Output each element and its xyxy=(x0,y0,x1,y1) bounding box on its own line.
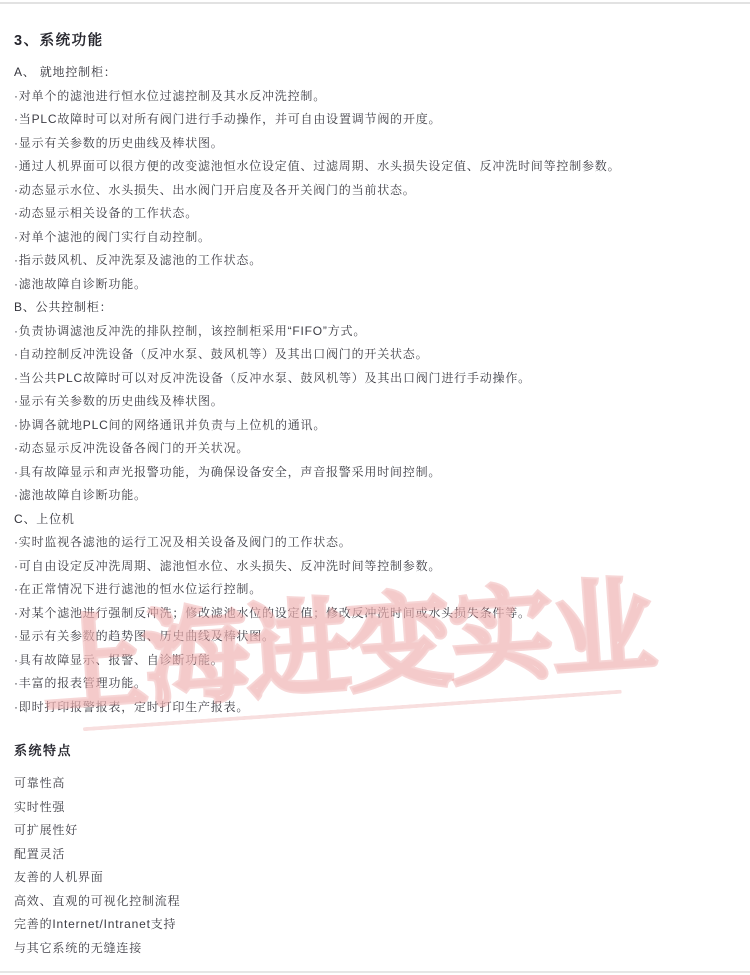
section-b-heading: B、公共控制柜： xyxy=(14,296,740,320)
section-a-heading: A、 就地控制柜： xyxy=(14,61,740,85)
feature-item-8: 与其它系统的无缝连接 xyxy=(14,937,740,961)
feature-item-5: 友善的人机界面 xyxy=(14,866,740,890)
bullet-item-a4: ·通过人机界面可以很方便的改变滤池恒水位设定值、过滤周期、水头损失设定值、反冲洗… xyxy=(14,155,740,179)
feature-item-4: 配置灵活 xyxy=(14,843,740,867)
features-heading: 系统特点 xyxy=(14,741,740,761)
bullet-item-a6: ·动态显示相关设备的工作状态。 xyxy=(14,202,740,226)
document-content: 3、系统功能 A、 就地控制柜： ·对单个的滤池进行恒水位过滤控制及其水反冲洗控… xyxy=(14,31,740,960)
bottom-border-line xyxy=(0,971,750,973)
bullet-item-a5: ·动态显示水位、水头损失、出水阀门开启度及各开关阀门的当前状态。 xyxy=(14,179,740,203)
features-list: 可靠性高 实时性强 可扩展性好 配置灵活 友善的人机界面 高效、直观的可视化控制… xyxy=(14,772,740,960)
bullet-item-b7: ·具有故障显示和声光报警功能，为确保设备安全，声音报警采用时间控制。 xyxy=(14,461,740,485)
bullet-item-b8: ·滤池故障自诊断功能。 xyxy=(14,484,740,508)
feature-item-3: 可扩展性好 xyxy=(14,819,740,843)
bullet-item-a9: ·滤池故障自诊断功能。 xyxy=(14,273,740,297)
bullet-item-c2: ·可自由设定反冲洗周期、滤池恒水位、水头损失、反冲洗时间等控制参数。 xyxy=(14,555,740,579)
bullet-item-b3: ·当公共PLC故障时可以对反冲洗设备（反冲水泵、鼓风机等）及其出口阀门进行手动操… xyxy=(14,367,740,391)
bullet-item-c1: ·实时监视各滤池的运行工况及相关设备及阀门的工作状态。 xyxy=(14,531,740,555)
bullet-item-b2: ·自动控制反冲洗设备（反冲水泵、鼓风机等）及其出口阀门的开关状态。 xyxy=(14,343,740,367)
bullet-item-c5: ·显示有关参数的趋势图、历史曲线及棒状图。 xyxy=(14,625,740,649)
bullet-item-c3: ·在正常情况下进行滤池的恒水位运行控制。 xyxy=(14,578,740,602)
top-border-line xyxy=(0,2,750,4)
bullet-item-a3: ·显示有关参数的历史曲线及棒状图。 xyxy=(14,132,740,156)
page-title: 3、系统功能 xyxy=(14,31,740,51)
section-list: A、 就地控制柜： ·对单个的滤池进行恒水位过滤控制及其水反冲洗控制。 ·当PL… xyxy=(14,61,740,719)
bullet-item-b1: ·负责协调滤池反冲洗的排队控制，该控制柜采用“FIFO”方式。 xyxy=(14,320,740,344)
document-page: 3、系统功能 A、 就地控制柜： ·对单个的滤池进行恒水位过滤控制及其水反冲洗控… xyxy=(0,0,750,975)
bullet-item-c8: ·即时打印报警报表，定时打印生产报表。 xyxy=(14,696,740,720)
feature-item-6: 高效、直观的可视化控制流程 xyxy=(14,890,740,914)
bullet-item-c4: ·对某个滤池进行强制反冲洗；修改滤池水位的设定值；修改反冲洗时间或水头损失条件等… xyxy=(14,602,740,626)
bullet-item-a1: ·对单个的滤池进行恒水位过滤控制及其水反冲洗控制。 xyxy=(14,85,740,109)
bullet-item-a7: ·对单个滤池的阀门实行自动控制。 xyxy=(14,226,740,250)
feature-item-1: 可靠性高 xyxy=(14,772,740,796)
bullet-item-b6: ·动态显示反冲洗设备各阀门的开关状况。 xyxy=(14,437,740,461)
bullet-item-a8: ·指示鼓风机、反冲洗泵及滤池的工作状态。 xyxy=(14,249,740,273)
bullet-item-c6: ·具有故障显示、报警、自诊断功能。 xyxy=(14,649,740,673)
feature-item-7: 完善的Internet/Intranet支持 xyxy=(14,913,740,937)
bullet-item-c7: ·丰富的报表管理功能。 xyxy=(14,672,740,696)
bullet-item-b5: ·协调各就地PLC间的网络通讯并负责与上位机的通讯。 xyxy=(14,414,740,438)
bullet-item-b4: ·显示有关参数的历史曲线及棒状图。 xyxy=(14,390,740,414)
bullet-item-a2: ·当PLC故障时可以对所有阀门进行手动操作，并可自由设置调节阀的开度。 xyxy=(14,108,740,132)
feature-item-2: 实时性强 xyxy=(14,796,740,820)
section-c-heading: C、上位机 xyxy=(14,508,740,532)
